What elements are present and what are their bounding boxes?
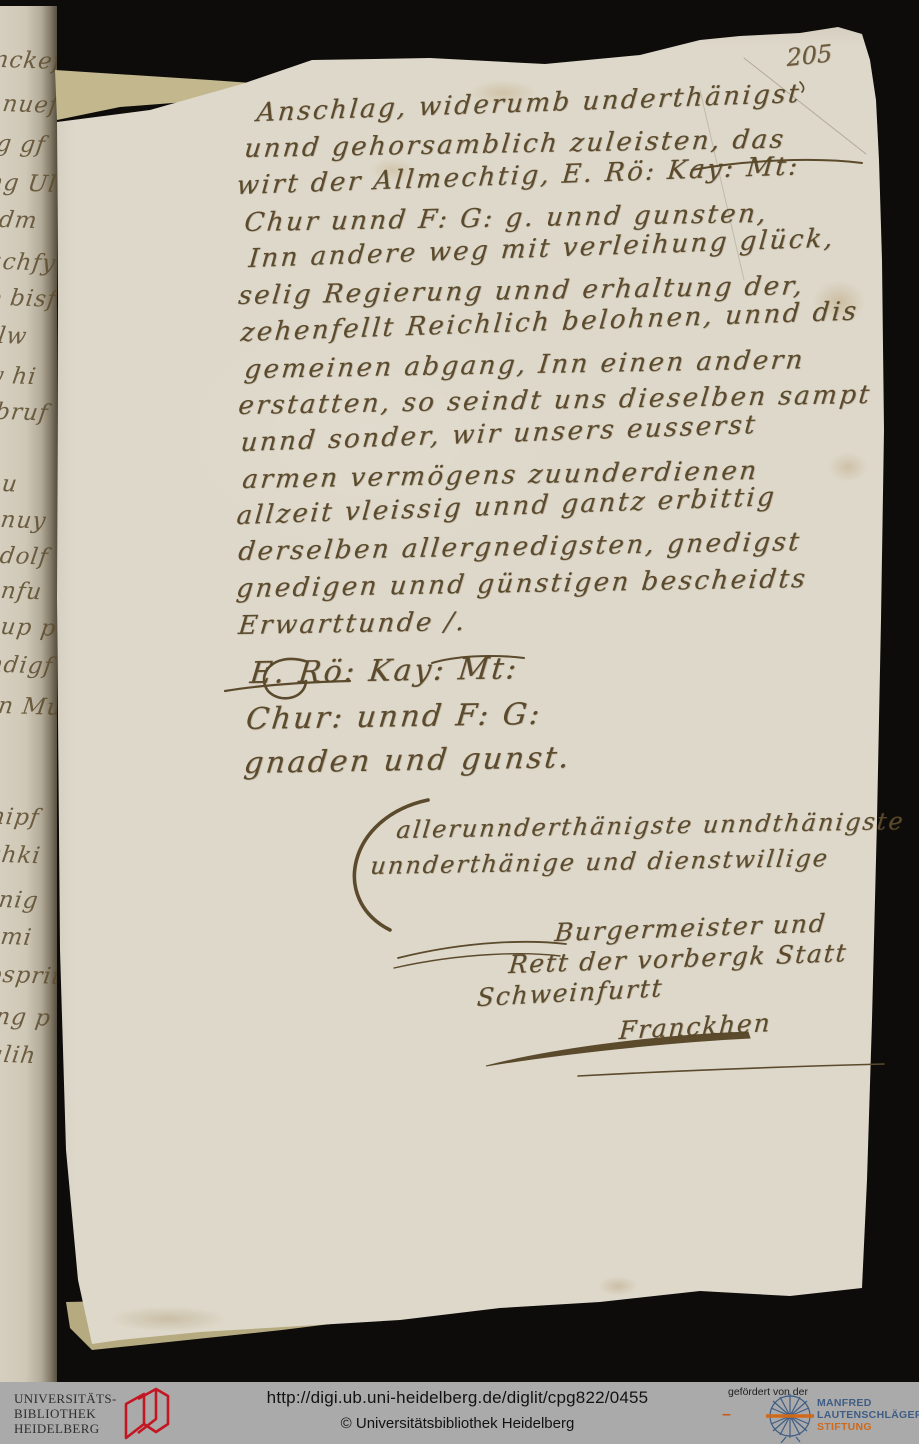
margin-text-fragment: shmi	[0, 923, 34, 951]
ub-heidelberg-book-logo-icon	[114, 1384, 170, 1444]
margin-fragments-lower: finipflishkiKinigshmihospritlong pdulih	[0, 6, 57, 1382]
folio-number: 205	[786, 39, 833, 72]
margin-text-fragment: lishki	[0, 841, 43, 869]
library-name: UNIVERSITÄTS- BIBLIOTHEK HEIDELBERG	[14, 1391, 117, 1436]
digitized-manuscript-view: zinckefannuefnig gfung UlC dmnachfyyp bi…	[0, 0, 919, 1444]
source-reference: http://digi.ub.uni-heidelberg.de/diglit/…	[205, 1388, 710, 1432]
margin-text-fragment: Kinig	[0, 886, 40, 914]
footer-bar: UNIVERSITÄTS- BIBLIOTHEK HEIDELBERG http…	[0, 1382, 919, 1444]
library-name-line: HEIDELBERG	[14, 1421, 117, 1436]
library-name-line: BIBLIOTHEK	[14, 1406, 117, 1421]
manuscript-page	[0, 0, 919, 1444]
sponsor-name-line: LAUTENSCHLÄGER	[817, 1409, 919, 1421]
margin-text-fragment: dulih	[0, 1041, 38, 1069]
facing-page-edge: zinckefannuefnig gfung UlC dmnachfyyp bi…	[0, 6, 57, 1382]
copyright-notice: © Universitätsbibliothek Heidelberg	[205, 1415, 710, 1432]
sponsor-name-line: MANFRED	[817, 1397, 919, 1409]
sponsor-name: MANFRED LAUTENSCHLÄGER STIFTUNG	[817, 1397, 919, 1433]
margin-text-fragment: long p	[0, 1003, 53, 1032]
stiftung-globe-icon	[766, 1393, 814, 1443]
sponsor-dash: –	[722, 1406, 731, 1424]
sponsor-name-line: STIFTUNG	[817, 1421, 919, 1433]
margin-text-fragment: finipf	[0, 803, 41, 831]
library-name-line: UNIVERSITÄTS-	[14, 1391, 117, 1406]
source-url[interactable]: http://digi.ub.uni-heidelberg.de/diglit/…	[205, 1388, 710, 1408]
margin-text-fragment: hosprit	[0, 961, 57, 990]
